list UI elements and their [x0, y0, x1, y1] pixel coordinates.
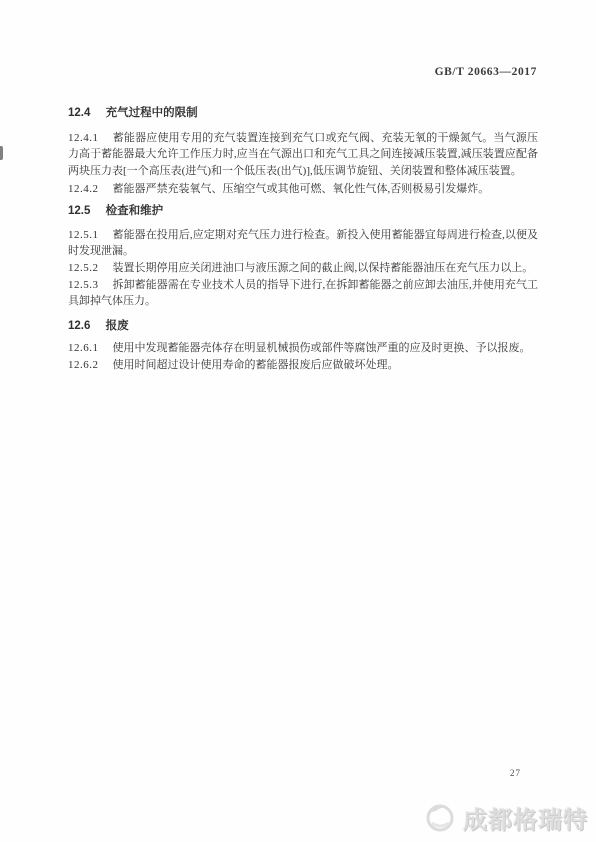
- clause-12-4-2: 12.4.2蓄能器严禁充装氧气、压缩空气或其他可燃、氧化性气体,否则极易引发爆炸…: [68, 181, 538, 197]
- clause-number: 12.5.3: [68, 279, 99, 291]
- page-number: 27: [510, 768, 521, 778]
- clause-12-5-3: 12.5.3拆卸蓄能器需在专业技术人员的指导下进行,在拆卸蓄能器之前应卸去油压,…: [68, 277, 538, 310]
- clause-number: 12.4.1: [68, 132, 99, 144]
- section-number: 12.5: [68, 205, 90, 217]
- publisher-watermark: 成都格瑞特: [422, 799, 588, 835]
- scan-artifact: [0, 146, 3, 160]
- watermark-logo-icon: [422, 799, 458, 835]
- clause-text: 蓄能器严禁充装氧气、压缩空气或其他可燃、氧化性气体,否则极易引发爆炸。: [113, 183, 490, 195]
- clause-number: 12.6.1: [68, 342, 99, 354]
- section-title: 充气过程中的限制: [106, 107, 198, 119]
- clause-text: 拆卸蓄能器需在专业技术人员的指导下进行,在拆卸蓄能器之前应卸去油压,并使用充气工…: [68, 279, 538, 307]
- clause-12-6-1: 12.6.1使用中发现蓄能器壳体存在明显机械损伤或部件等腐蚀严重的应及时更换、予…: [68, 340, 538, 356]
- section-title: 检查和维护: [106, 205, 164, 217]
- section-number: 12.4: [68, 107, 90, 119]
- section-heading-12-5: 12.5 检查和维护: [68, 204, 538, 219]
- section-number: 12.6: [68, 320, 90, 332]
- clause-text: 蓄能器应使用专用的充气装置连接到充气口或充气阀、充装无氧的干燥氮气。当气源压力高…: [68, 132, 538, 177]
- clause-12-6-2: 12.6.2使用时间超过设计使用寿命的蓄能器报废后应做破坏处理。: [68, 357, 538, 373]
- clause-text: 使用中发现蓄能器壳体存在明显机械损伤或部件等腐蚀严重的应及时更换、予以报废。: [113, 342, 531, 354]
- clause-text: 使用时间超过设计使用寿命的蓄能器报废后应做破坏处理。: [113, 359, 399, 371]
- clause-number: 12.5.2: [68, 262, 99, 274]
- document-page: GB/T 20663—2017 12.4 充气过程中的限制 12.4.1蓄能器应…: [0, 0, 596, 842]
- clause-text: 装置长期停用应关闭进油口与液压源之间的截止阀,以保持蓄能器油压在充气压力以上。: [113, 262, 534, 274]
- section-heading-12-4: 12.4 充气过程中的限制: [68, 106, 538, 121]
- section-heading-12-6: 12.6 报废: [68, 319, 538, 334]
- clause-12-5-1: 12.5.1蓄能器在投用后,应定期对充气压力进行检查。新投入使用蓄能器宜每周进行…: [68, 227, 538, 260]
- clause-12-4-1: 12.4.1蓄能器应使用专用的充气装置连接到充气口或充气阀、充装无氧的干燥氮气。…: [68, 130, 538, 179]
- clause-number: 12.6.2: [68, 359, 99, 371]
- document-body: 12.4 充气过程中的限制 12.4.1蓄能器应使用专用的充气装置连接到充气口或…: [68, 100, 538, 373]
- clause-12-5-2: 12.5.2装置长期停用应关闭进油口与液压源之间的截止阀,以保持蓄能器油压在充气…: [68, 260, 538, 276]
- clause-text: 蓄能器在投用后,应定期对充气压力进行检查。新投入使用蓄能器宜每周进行检查,以便及…: [68, 229, 538, 257]
- clause-number: 12.5.1: [68, 229, 99, 241]
- section-title: 报废: [106, 320, 129, 332]
- standard-code-header: GB/T 20663—2017: [435, 66, 537, 78]
- clause-number: 12.4.2: [68, 183, 99, 195]
- watermark-text: 成都格瑞特: [463, 800, 588, 835]
